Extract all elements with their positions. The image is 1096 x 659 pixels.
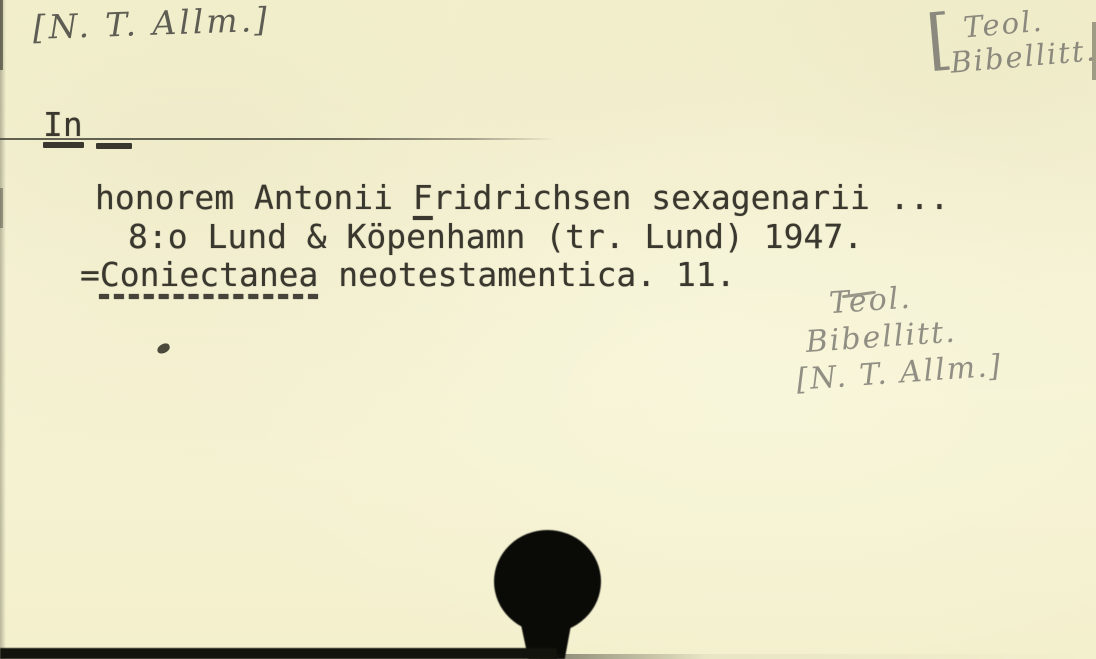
typed-line-3-pre: = (80, 255, 100, 294)
card-bottom-edge-shadow (0, 648, 557, 659)
typed-underscore-dash (43, 142, 84, 148)
typed-line-2: 8:o Lund & Köpenhamn (tr. Lund) 1947. (128, 219, 863, 255)
bracket-open-mark: [ (924, 6, 957, 74)
card-bottom-edge-fade (540, 654, 1096, 659)
pencil-classmark-middle-right: Teol. Bibellitt. [N. T. Allm.] (790, 274, 1004, 399)
punch-hole (494, 530, 601, 633)
typed-line-1: honorem Antonii Fridrichsen sexagenarii … (95, 180, 949, 216)
scan-edge-mark (0, 188, 3, 228)
scan-edge-left (0, 0, 6, 659)
pencil-classmark-top-left: [N. T. Allm.] (32, 0, 271, 47)
catalog-card: [N. T. Allm.] [ Teol. Bibellitt. ] In ho… (0, 0, 1096, 659)
ruled-line (0, 138, 556, 140)
scan-edge-mark (0, 0, 3, 70)
typed-underscore-dash (96, 143, 132, 149)
typed-line-3: =Coniectanea neotestamentica. 11. (80, 257, 736, 293)
typed-line-1-post: ridrichsen sexagenarii ... (433, 178, 950, 217)
typed-line-3-post: neotestamentica. 11. (318, 255, 735, 294)
ink-speck (156, 342, 171, 355)
pencil-classmark-top-right: [ Teol. Bibellitt. ] (946, 0, 1096, 80)
typed-line-1-underlined-letter: F (413, 178, 433, 217)
typed-line-3-dashed-word: Coniectanea (100, 255, 319, 294)
typed-line-1-pre: honorem Antonii (95, 178, 413, 217)
